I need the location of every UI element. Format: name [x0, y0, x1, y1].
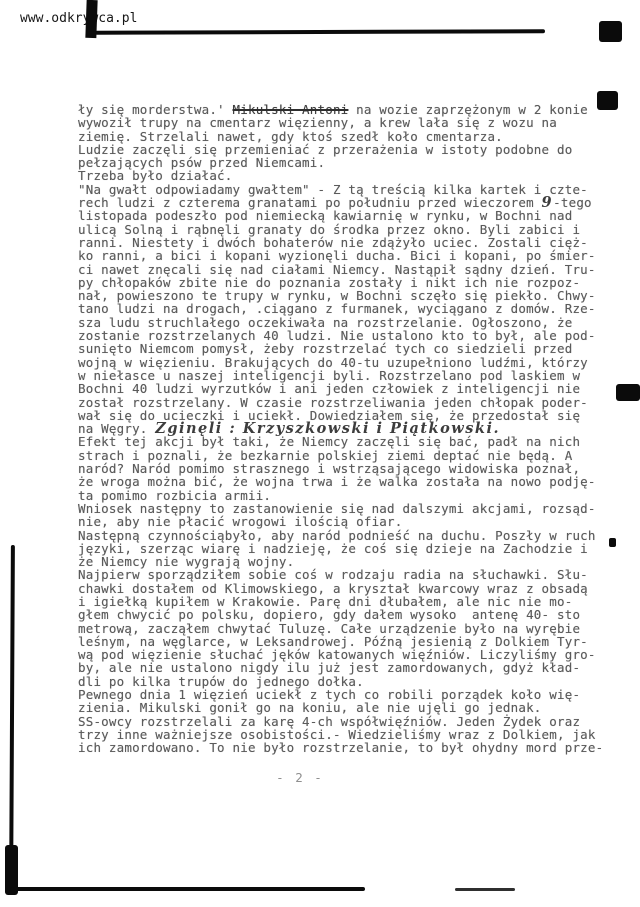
- text-line: zostanie rozstrzelanych 40 ludzi. Nie us…: [78, 329, 638, 342]
- scan-artifact-top-line: [95, 29, 545, 35]
- text-line: ta pomimo rozbicia armii.: [78, 489, 638, 502]
- text-line: Pewnego dnia 1 więzień uciekł z tych co …: [78, 688, 638, 701]
- scan-artifact-right-middle: [616, 384, 640, 401]
- scan-artifact-right-small: [609, 538, 616, 547]
- watermark-url: www.odkrywca.pl: [20, 11, 137, 26]
- scanned-page: www.odkrywca.pl ły się morderstwa.' Miku…: [0, 0, 640, 907]
- text-line: w niełasce u naszej inteligencji byli. R…: [78, 369, 638, 382]
- text-line: SS-owcy rozstrzelali za karę 4-ch współw…: [78, 715, 638, 728]
- text-line: chawki dostałem od Klimowskiego, a krysz…: [78, 582, 638, 595]
- text-line: ko ranni, a bici i kopani wyzionęli duch…: [78, 249, 638, 262]
- scan-artifact-bottom-line-2: [455, 888, 515, 891]
- text-line: rech ludzi z czterema granatami po połud…: [78, 196, 638, 209]
- text-line: że wroga można bić, że wojna trwa i że w…: [78, 475, 638, 488]
- text-line: tano ludzi na drogach, .ciągano z furman…: [78, 302, 638, 315]
- text-line: trzy inne ważniejsze osobistości.- Wiedz…: [78, 728, 638, 741]
- page-number: - 2 -: [250, 770, 350, 785]
- scan-artifact-bottom-line: [10, 887, 365, 891]
- text-line: listopada podeszło pod niemiecką kawiarn…: [78, 209, 638, 222]
- text-line: Bochni 40 ludzi wyrzutków i ani jeden cz…: [78, 382, 638, 395]
- text-line: naród? Naród pomimo strasznego i wstrząs…: [78, 462, 638, 475]
- text-line: leśnym, na węglarce, w Leksandrowej. Póź…: [78, 635, 638, 648]
- text-line: strach i poznali, że bezkarnie polskiej …: [78, 449, 638, 462]
- text-line: sza ludu struchlałego oczekiwała na rozs…: [78, 316, 638, 329]
- text-line: języki, szerząc wiarę i nadzieję, że coś…: [78, 542, 638, 555]
- text-line: ły się morderstwa.' Mikulski Antoni na w…: [78, 103, 638, 116]
- text-line: Najpierw sporządziłem sobie coś w rodzaj…: [78, 568, 638, 581]
- text-line: zienia. Mikulski gonił go na koniu, ale …: [78, 701, 638, 714]
- typewriter-text: ły się morderstwa.' Mikulski Antoni na w…: [78, 103, 638, 755]
- text-line: metrową, zacząłem chwytać Tuluzę. Całe u…: [78, 622, 638, 635]
- text-line: na Węgry. Zginęli : Krzyszkowski i Piątk…: [78, 422, 638, 435]
- text-line: ranni. Niestety i dwóch bohaterów nie zd…: [78, 236, 638, 249]
- scan-artifact-top-right-1: [599, 21, 622, 42]
- text-line: że Niemcy nie wygrają wojny.: [78, 555, 638, 568]
- text-line: sunięto Niemcom pomysł, żeby rozstrzelać…: [78, 342, 638, 355]
- text-line: Wniosek następny to zastanowienie się na…: [78, 502, 638, 515]
- text-line: i igiełką kupiłem w Krakowie. Parę dni d…: [78, 595, 638, 608]
- text-line: Ludzie zaczęli się przemieniać z przeraż…: [78, 143, 638, 156]
- text-line: został rozstrzelany. W czasie rozstrzeli…: [78, 396, 638, 409]
- text-line: ich zamordowano. To nie było rozstrzelan…: [78, 741, 638, 754]
- scan-artifact-top-right-2: [597, 91, 618, 110]
- text-line: Trzeba było działać.: [78, 169, 638, 182]
- scan-artifact-left-line: [9, 545, 15, 890]
- text-line: by, ale nie ustalono nigdy ilu już jest …: [78, 661, 638, 674]
- text-line: dli po kilka trupów do jednego dołka.: [78, 675, 638, 688]
- text-line: nie, aby nie płacić wrogowi ilością ofia…: [78, 515, 638, 528]
- text-line: ziemię. Strzelali nawet, gdy ktoś szedł …: [78, 130, 638, 143]
- text-line: pełzających psów przed Niemcami.: [78, 156, 638, 169]
- text-line: wywoził trupy na cmentarz więzienny, a k…: [78, 116, 638, 129]
- text-line: głem chwycić po polsku, dopiero, gdy dał…: [78, 608, 638, 621]
- text-line: ci nawet znęcali się nad ciałami Niemcy.…: [78, 263, 638, 276]
- typed-text: ich zamordowano. To nie było rozstrzelan…: [78, 740, 603, 755]
- text-line: nał, powieszono te trupy w rynku, w Boch…: [78, 289, 638, 302]
- text-line: wą pod więzienie słuchać jęków katowanyc…: [78, 648, 638, 661]
- text-line: Efekt tej akcji był taki, że Niemcy zacz…: [78, 435, 638, 448]
- text-line: Następną czynnościąbyło, aby naród podni…: [78, 529, 638, 542]
- text-line: wojną w więzieniu. Brakujących do 40-tu …: [78, 356, 638, 369]
- text-line: py chłopaków zbite nie do poznania zosta…: [78, 276, 638, 289]
- text-line: ulicą Solną i rąbnęli granaty do środka …: [78, 223, 638, 236]
